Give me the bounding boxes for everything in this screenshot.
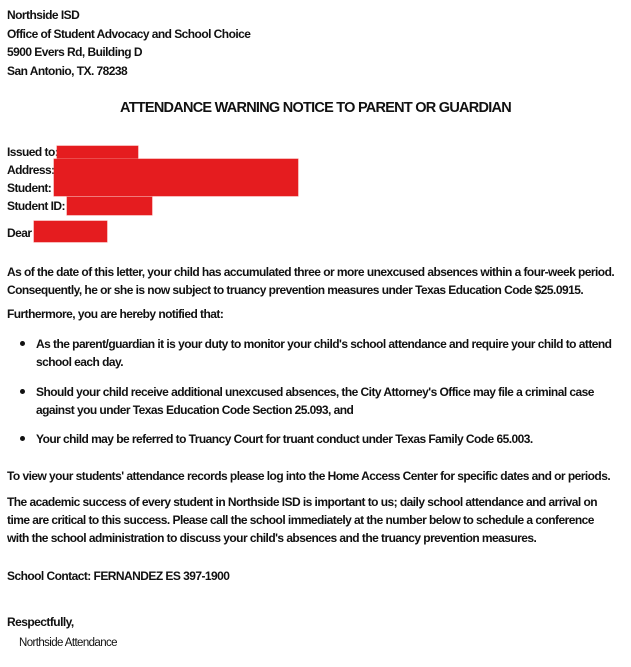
student-id-redaction	[67, 197, 152, 215]
issued-to-redaction	[57, 146, 138, 160]
student-label: Student:	[7, 180, 51, 197]
district-name: Northside ISD	[7, 6, 250, 25]
success-line: with the school administration to discus…	[7, 529, 631, 547]
bullet-line: school each day.	[36, 353, 611, 371]
office-address-line2: San Antonio, TX. 78238	[7, 62, 250, 81]
bullet-icon	[20, 436, 25, 441]
school-contact: School Contact: FERNANDEZ ES 397-1900	[7, 567, 631, 585]
notice-title: ATTENDANCE WARNING NOTICE TO PARENT OR G…	[0, 99, 631, 117]
records-note: To view your students' attendance record…	[7, 467, 631, 485]
salutation-redaction	[34, 221, 107, 242]
office-name: Office of Student Advocacy and School Ch…	[7, 25, 250, 44]
letterhead: Northside ISD Office of Student Advocacy…	[7, 6, 250, 80]
intro-paragraph: As of the date of this letter, your chil…	[7, 263, 631, 299]
success-paragraph: The academic success of every student in…	[7, 493, 631, 547]
office-address-line1: 5900 Evers Rd, Building D	[7, 43, 250, 62]
bullet-line: Your child may be referred to Truancy Co…	[36, 430, 533, 448]
bullet-icon	[20, 341, 25, 346]
intro-line: Consequently, he or she is now subject t…	[7, 281, 631, 299]
school-contact-value: FERNANDEZ ES 397-1900	[94, 569, 230, 583]
notified-paragraph: Furthermore, you are hereby notified tha…	[7, 305, 631, 323]
bullet-line: As the parent/guardian it is your duty t…	[36, 335, 611, 353]
success-line: time are critical to this success. Pleas…	[7, 511, 631, 529]
signoff: Respectfully,	[7, 613, 631, 631]
records-note-text: To view your students' attendance record…	[7, 467, 631, 485]
success-line: The academic success of every student in…	[7, 493, 631, 511]
bullet-icon	[20, 389, 25, 394]
salutation-label: Dear	[7, 225, 31, 242]
bullet-line: Should your child receive additional une…	[36, 383, 594, 401]
issued-to-label: Issued to:	[7, 144, 58, 161]
intro-line: As of the date of this letter, your chil…	[7, 263, 631, 281]
student-id-label: Student ID:	[7, 198, 65, 215]
address-label: Address:	[7, 162, 55, 179]
bullet-line: against you under Texas Education Code S…	[36, 401, 594, 419]
signature: Northside Attendance	[19, 634, 631, 652]
address-student-redaction	[54, 159, 298, 196]
school-contact-label: School Contact:	[7, 569, 91, 583]
